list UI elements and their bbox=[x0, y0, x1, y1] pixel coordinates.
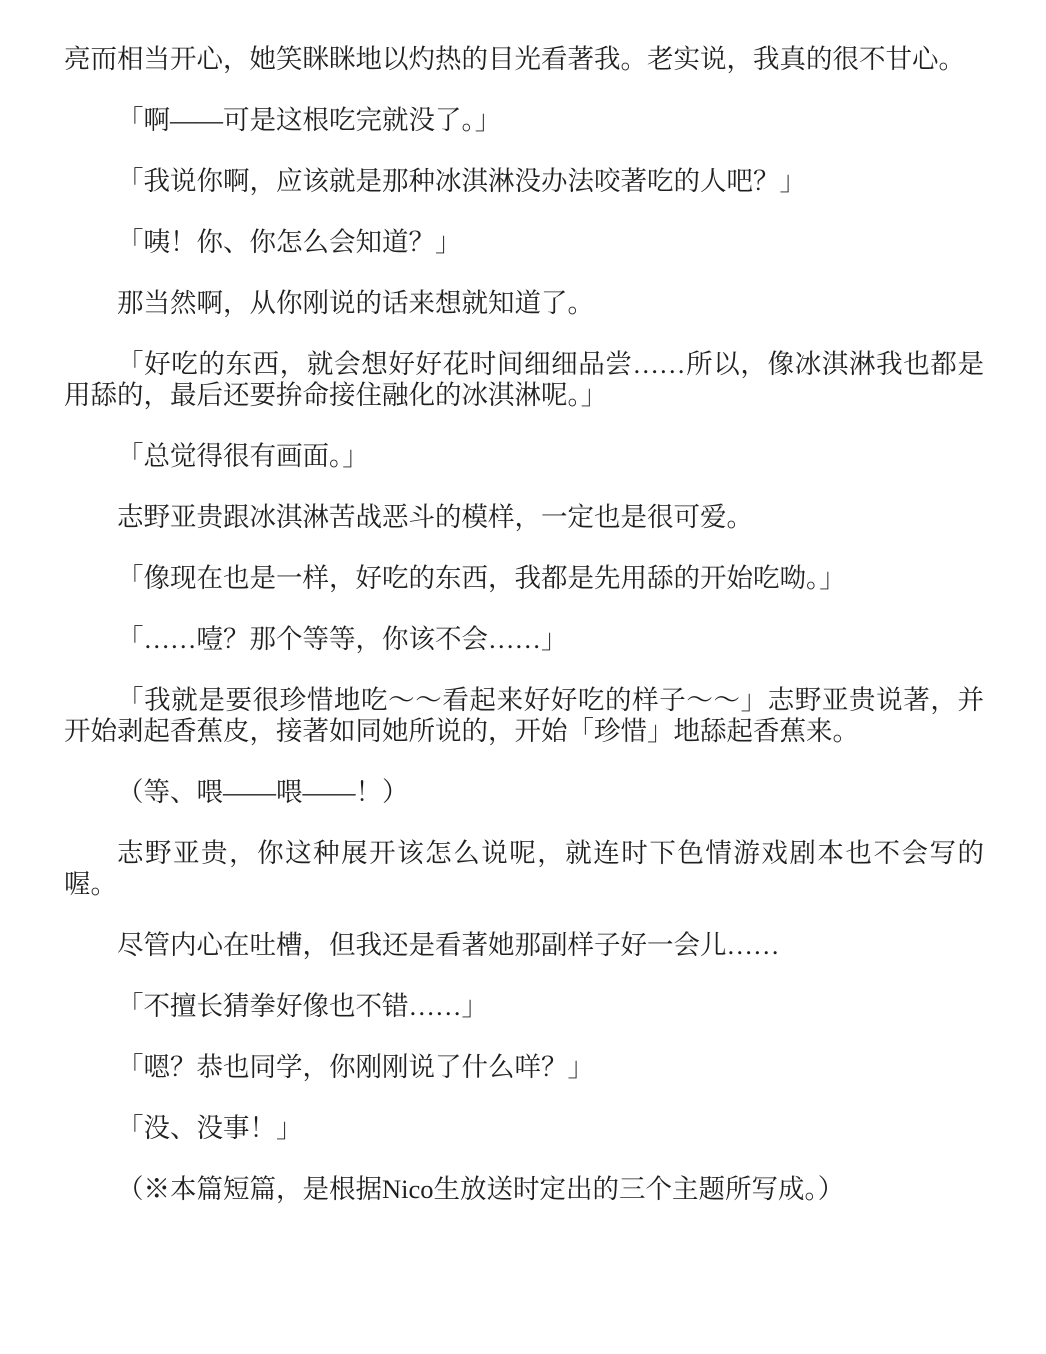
paragraph-continuation: 亮而相当开心，她笑眯眯地以灼热的目光看著我。老实说，我真的很不甘心。 bbox=[64, 44, 984, 75]
paragraph-dialogue: 「我说你啊，应该就是那种冰淇淋没办法咬著吃的人吧？」 bbox=[64, 166, 984, 197]
paragraph-dialogue-narration: 「我就是要很珍惜地吃～～看起来好好吃的样子～～」志野亚贵说著，并开始剥起香蕉皮，… bbox=[64, 685, 984, 747]
paragraph-dialogue: 「没、没事！」 bbox=[64, 1113, 984, 1144]
paragraph-dialogue: 「啊——可是这根吃完就没了。」 bbox=[64, 105, 984, 136]
paragraph-narration: 志野亚贵跟冰淇淋苦战恶斗的模样，一定也是很可爱。 bbox=[64, 502, 984, 533]
paragraph-dialogue: 「像现在也是一样，好吃的东西，我都是先用舔的开始吃呦。」 bbox=[64, 563, 984, 594]
paragraph-inner-thought: （等、喂——喂——！） bbox=[64, 777, 984, 808]
paragraph-dialogue: 「总觉得很有画面。」 bbox=[64, 441, 984, 472]
paragraph-dialogue: 「咦！你、你怎么会知道？」 bbox=[64, 227, 984, 258]
paragraph-dialogue: 「嗯？恭也同学，你刚刚说了什么咩？」 bbox=[64, 1052, 984, 1083]
paragraph-narration: 那当然啊，从你刚说的话来想就知道了。 bbox=[64, 288, 984, 319]
paragraph-dialogue: 「……噎？那个等等，你该不会……」 bbox=[64, 624, 984, 655]
paragraph-dialogue: 「好吃的东西，就会想好好花时间细细品尝……所以，像冰淇淋我也都是用舔的，最后还要… bbox=[64, 349, 984, 411]
novel-text-page: 亮而相当开心，她笑眯眯地以灼热的目光看著我。老实说，我真的很不甘心。 「啊——可… bbox=[0, 0, 1046, 1354]
paragraph-narration: 尽管内心在吐槽，但我还是看著她那副样子好一会儿…… bbox=[64, 930, 984, 961]
paragraph-narration: 志野亚贵，你这种展开该怎么说呢，就连时下色情游戏剧本也不会写的喔。 bbox=[64, 838, 984, 900]
paragraph-footnote: （※本篇短篇，是根据Nico生放送时定出的三个主题所写成。） bbox=[64, 1174, 984, 1205]
paragraph-dialogue: 「不擅长猜拳好像也不错……」 bbox=[64, 991, 984, 1022]
